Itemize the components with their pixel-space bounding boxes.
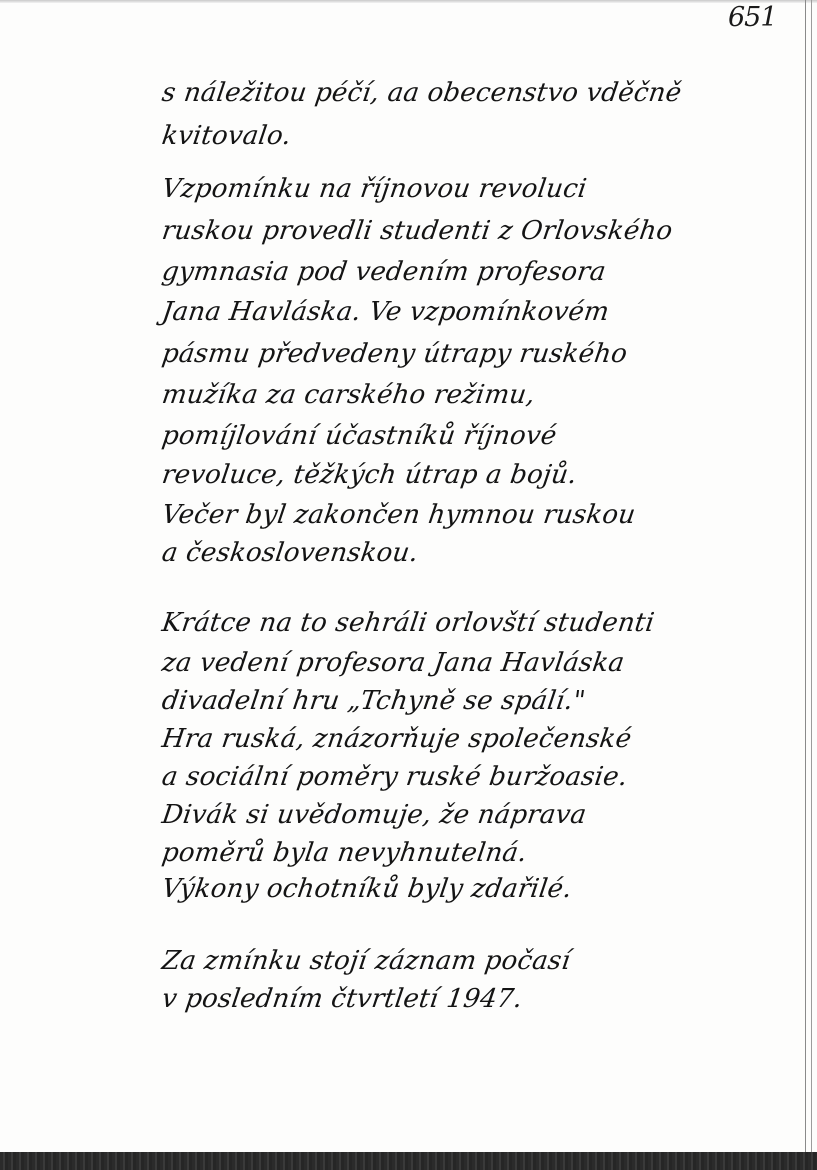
text-line: poměrů byla nevyhnutelná.	[160, 838, 529, 868]
text-line: Jana Havláska. Ve vzpomínkovém	[160, 297, 611, 327]
text-line: pomíjlování účastníků říjnové	[160, 421, 559, 451]
text-line: a sociální poměry ruské buržoasie.	[160, 762, 629, 792]
text-line: divadelní hru „Tchyně se spálí."	[160, 686, 587, 716]
text-line: Za zmínku stojí záznam počasí	[160, 946, 572, 976]
text-line: Divák si uvědomuje, že náprava	[160, 800, 588, 830]
page-edge-line	[805, 0, 806, 1152]
text-line: Večer byl zakončen hymnou ruskou	[160, 500, 637, 530]
page-number: 651	[728, 2, 777, 33]
text-line: kvitovalo.	[160, 121, 293, 151]
page-top-edge	[0, 0, 817, 3]
text-line: revoluce, těžkých útrap a bojů.	[160, 460, 579, 490]
text-line: ruskou provedli studenti z Orlovského	[160, 216, 674, 246]
text-line: a československou.	[160, 538, 420, 568]
text-line: Hra ruská, znázorňuje společenské	[160, 724, 633, 754]
text-line: za vedení profesora Jana Havláska	[160, 648, 626, 678]
text-line: Výkony ochotníků byly zdařilé.	[160, 874, 574, 904]
chronicle-page: 651 s náležitou péčí, aa obecenstvo vděč…	[0, 0, 817, 1152]
text-line: mužíka za carského režimu,	[160, 380, 537, 410]
text-line: Krátce na to sehráli orlovští studenti	[160, 608, 656, 638]
text-line: s náležitou péčí, aa obecenstvo vděčně	[160, 78, 683, 108]
text-line: Vzpomínku na říjnovou revoluci	[160, 174, 589, 204]
text-line: pásmu předvedeny útrapy ruského	[160, 339, 629, 369]
scan-bottom-shadow	[0, 1152, 817, 1170]
text-line: v posledním čtvrtletí 1947.	[160, 984, 524, 1014]
text-line: gymnasia pod vedením profesora	[160, 257, 608, 287]
page-edge-line	[811, 0, 812, 1152]
